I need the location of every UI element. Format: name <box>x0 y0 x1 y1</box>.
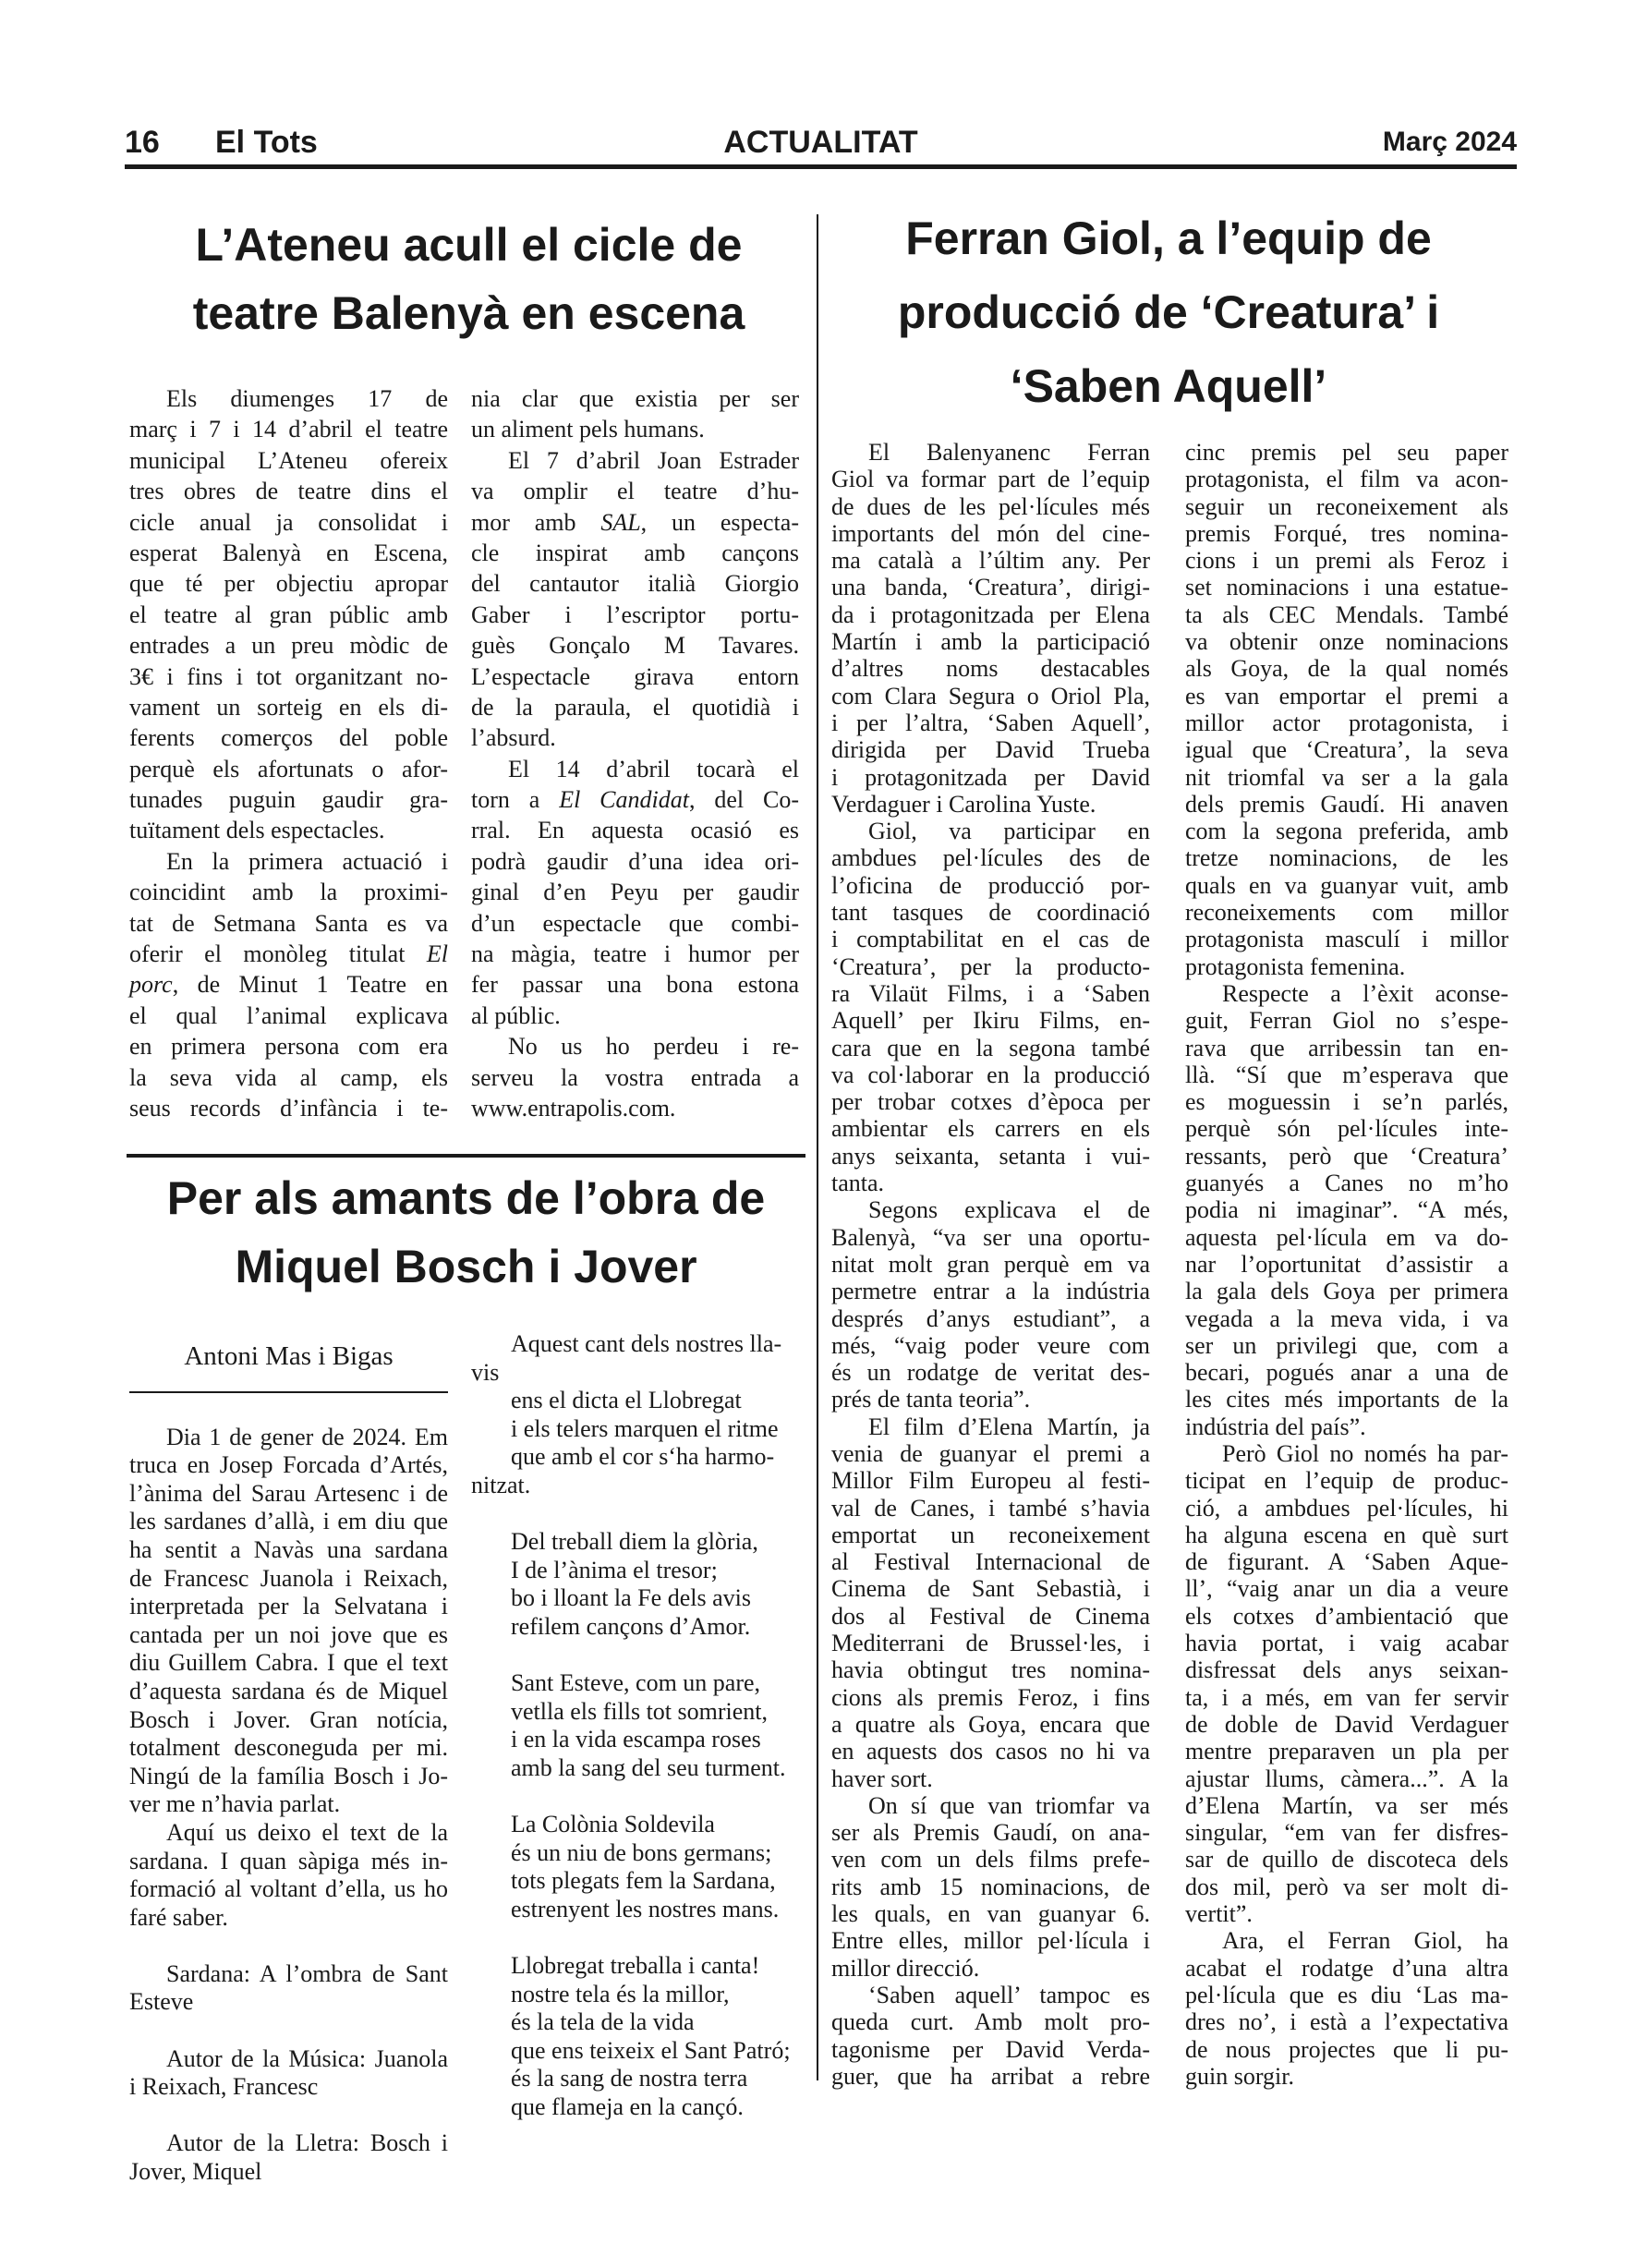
article-column: Els diumenges 17 demarç i 7 i 14 d’abril… <box>129 383 448 1123</box>
text-line: és un rodatge de veritat des- <box>831 1359 1150 1386</box>
text-line: truca en Josep Forcada d’Artés, <box>129 1451 448 1480</box>
text-line: de la paraula, el quotidià i <box>471 692 799 722</box>
text-line: pel·lícula que es diu ‘Las ma- <box>1185 1982 1508 2008</box>
text-line: cicle anual ja consolidat i <box>129 507 448 538</box>
text-line: nitzat. <box>471 1472 804 1500</box>
text-line: dels premis Gaudí. Hi anaven <box>1185 791 1508 818</box>
text-line: ‘Saben aquell’ tampoc es <box>831 1982 1150 2008</box>
text-line: i comptabilitat en el cas de <box>831 926 1150 952</box>
text-line: ferents comerços del poble <box>129 722 448 753</box>
text-line: com Clara Segura o Oriol Pla, <box>831 683 1150 710</box>
text-line: mor amb SAL, un especta- <box>471 507 799 538</box>
text-line: cions i un premi als Feroz i <box>1185 547 1508 574</box>
text-line: tres obres de teatre dins el <box>129 476 448 506</box>
blank-line <box>129 2017 448 2045</box>
text-line: ha sentit a Navàs una sardana <box>129 1536 448 1565</box>
text-line: com la segona preferida, amb <box>1185 818 1508 844</box>
text-line: dres no’, i està a l’expectativa <box>1185 2008 1508 2035</box>
text-line: acabat el rodatge d’una altra <box>1185 1955 1508 1982</box>
text-line: ajustar llums, càmera...”. A la <box>1185 1765 1508 1792</box>
text-line: diu Guillem Cabra. I que el text <box>129 1649 448 1678</box>
text-line: Sardana: A l’ombra de Sant <box>129 1960 448 1989</box>
text-line: sar de quillo de discoteca dels <box>1185 1846 1508 1873</box>
text-line: faré saber. <box>129 1904 448 1933</box>
header-rule <box>125 164 1517 169</box>
text-line: singular, “em van fer disfres- <box>1185 1819 1508 1846</box>
text-line: i protagonitzada per David <box>831 764 1150 791</box>
text-line: nostre tela és la millor, <box>471 1981 804 2009</box>
text-line: I de l’ànima el tresor; <box>471 1557 804 1585</box>
text-line: serveu la vostra entrada a <box>471 1062 799 1093</box>
text-line: tunades puguin gaudir gra- <box>129 784 448 815</box>
text-line: perquè són pel·lícules inte- <box>1185 1115 1508 1142</box>
text-line: L’espectacle girava entorn <box>471 661 799 692</box>
text-line: Giol va formar part de l’equip <box>831 466 1150 492</box>
text-line: na màgia, teatre i humor per <box>471 939 799 969</box>
text-line: Millor Film Europeu al festi- <box>831 1467 1150 1494</box>
issue-date: Març 2024 <box>1383 124 1517 161</box>
text-line: en aquests dos casos no hi va <box>831 1738 1150 1765</box>
author-byline: Antoni Mas i Bigas <box>129 1338 448 1375</box>
text-line: és la sang de nostra terra <box>471 2065 804 2093</box>
text-line: millor actor protagonista, i <box>1185 710 1508 736</box>
text-line: de nous projectes que li pu- <box>1185 2036 1508 2063</box>
text-line: protagonista femenina. <box>1185 953 1508 980</box>
text-line: març i 7 i 14 d’abril el teatre <box>129 414 448 444</box>
text-line: El film d’Elena Martín, ja <box>831 1413 1150 1440</box>
text-line: prés de tanta teoria”. <box>831 1386 1150 1413</box>
text-line: igual que ‘Creatura’, la seva <box>1185 736 1508 763</box>
text-line: Sant Esteve, com un pare, <box>471 1669 804 1698</box>
article-headline-ateneu: L’Ateneu acull el cicle de teatre Baleny… <box>129 211 808 347</box>
text-line: Del treball diem la glòria, <box>471 1528 804 1557</box>
text-line: el teatre al gran públic amb <box>129 600 448 630</box>
text-line: protagonista masculí i millor <box>1185 926 1508 952</box>
text-line: ra Vilaüt Films, i a ‘Saben <box>831 980 1150 1007</box>
text-line: disfressat dels anys seixan- <box>1185 1656 1508 1683</box>
article-column: Dia 1 de gener de 2024. Emtruca en Josep… <box>129 1395 448 2187</box>
article-column: nia clar que existia per serun aliment p… <box>471 383 799 1123</box>
text-line: rava que arribessin tan en- <box>1185 1035 1508 1061</box>
headline-line: teatre Balenyà en escena <box>129 279 808 347</box>
text-line: Jover, Miquel <box>129 2158 448 2187</box>
text-line: ambientar els carrers en els <box>831 1115 1150 1142</box>
text-line: reconeixements com millor <box>1185 899 1508 926</box>
text-line: nitat molt gran perquè em va <box>831 1251 1150 1278</box>
headline-line: Per als amants de l’obra de <box>127 1164 805 1232</box>
text-line: Verdaguer i Carolina Yuste. <box>831 791 1150 818</box>
headline-line: L’Ateneu acull el cicle de <box>129 211 808 279</box>
text-line: Els diumenges 17 de <box>129 383 448 414</box>
text-line: ven com un dels films prefe- <box>831 1846 1150 1873</box>
text-line: ticipat en l’equip de produc- <box>1185 1467 1508 1494</box>
text-line: de Francesc Juanola i Reixach, <box>129 1565 448 1594</box>
text-line: per trobar cotxes d’època per <box>831 1088 1150 1115</box>
text-line: vertit”. <box>1185 1900 1508 1927</box>
blank-line <box>471 1642 804 1670</box>
text-line: tuïtament dels espectacles. <box>129 815 448 845</box>
text-line: nar l’oportunitat d’assistir a <box>1185 1251 1508 1278</box>
text-line: rral. En aquesta ocasió es <box>471 815 799 845</box>
text-line: becari, pogués anar a una de <box>1185 1359 1508 1386</box>
text-line: mentre preparaven un pla per <box>1185 1738 1508 1765</box>
article-column: El Balenyanenc FerranGiol va formar part… <box>831 439 1150 2090</box>
text-line: torn a El Candidat, del Co- <box>471 784 799 815</box>
text-line: Mediterrani de Brussel·les, i <box>831 1630 1150 1656</box>
text-line: que ens teixeix el Sant Patró; <box>471 2037 804 2066</box>
text-line: és un niu de bons germans; <box>471 1839 804 1868</box>
text-line: els cotxes d’ambientació que <box>1185 1603 1508 1630</box>
text-line: cions als premis Feroz, i fins <box>831 1684 1150 1711</box>
headline-line: Ferran Giol, a l’equip de <box>822 201 1515 275</box>
text-line: cinc premis pel seu paper <box>1185 439 1508 466</box>
text-line: El 14 d’abril tocarà el <box>471 754 799 784</box>
text-line: d’altres noms destacables <box>831 655 1150 682</box>
text-line: Autor de la Música: Juanola <box>129 2045 448 2074</box>
blank-line <box>129 1395 448 1424</box>
text-line: dos al Festival de Cinema <box>831 1603 1150 1630</box>
text-line: set nominacions i una estatue- <box>1185 574 1508 600</box>
text-line: tanta. <box>831 1170 1150 1196</box>
article-column: cinc premis pel seu paperprotagonista, e… <box>1185 439 1508 2090</box>
text-line: coincidint amb la proximi- <box>129 877 448 907</box>
text-line: es moguessin i se’n parlés, <box>1185 1088 1508 1115</box>
text-line: oferir el monòleg titulat El <box>129 939 448 969</box>
text-line: amb la sang del seu turment. <box>471 1754 804 1783</box>
text-line: guin sorgir. <box>1185 2063 1508 2090</box>
text-line: d’aquesta sardana és de Miquel <box>129 1678 448 1706</box>
text-line: sardana. I quan sàpiga més in- <box>129 1848 448 1876</box>
text-line: tant tasques de coordinació <box>831 899 1150 926</box>
text-line: guanyés a Canes no m’ho <box>1185 1170 1508 1196</box>
text-line: millor direcció. <box>831 1955 1150 1982</box>
text-line: en primera persona com era <box>129 1031 448 1061</box>
text-line: llà. “Sí que m’esperava que <box>1185 1061 1508 1088</box>
text-line: refilem cançons d’Amor. <box>471 1613 804 1642</box>
text-line: la seva vida al camp, els <box>129 1062 448 1093</box>
text-line: ambdues pel·lícules des de <box>831 844 1150 871</box>
text-line: tat de Setmana Santa es va <box>129 908 448 939</box>
text-line: d’un espectacle que combi- <box>471 908 799 939</box>
text-line: anys seixanta, setanta i vui- <box>831 1143 1150 1170</box>
text-line: cara que en la segona també <box>831 1035 1150 1061</box>
blank-line <box>129 2102 448 2130</box>
text-line: porc, de Minut 1 Teatre en <box>129 969 448 1000</box>
text-line: podia ni imaginar”. “A més, <box>1185 1196 1508 1223</box>
text-line: aquesta pel·lícula em va do- <box>1185 1224 1508 1251</box>
text-line: La Colònia Soldevila <box>471 1811 804 1839</box>
text-line: una banda, ‘Creatura’, dirigi- <box>831 574 1150 600</box>
text-line: www.entrapolis.com. <box>471 1093 799 1123</box>
text-line: El 7 d’abril Joan Estrader <box>471 445 799 476</box>
text-line: d’Elena Martín, va ser més <box>1185 1792 1508 1819</box>
text-line: Aquest cant dels nostres lla- <box>471 1330 804 1359</box>
text-line: i Reixach, Francesc <box>129 2073 448 2102</box>
text-line: permetre entrar a la indústria <box>831 1278 1150 1304</box>
article-divider <box>127 1154 805 1158</box>
text-line: es van emportar el premi a <box>1185 683 1508 710</box>
blank-line <box>471 1500 804 1529</box>
blank-line <box>129 1932 448 1960</box>
text-line: és la tela de la vida <box>471 2008 804 2037</box>
text-line: vis <box>471 1359 804 1388</box>
text-line: un aliment pels humans. <box>471 414 799 444</box>
text-line: i els telers marquen el ritme <box>471 1415 804 1444</box>
text-line: ma català a l’últim any. Per <box>831 547 1150 574</box>
text-line: de doble de David Verdaguer <box>1185 1711 1508 1738</box>
text-line: En la primera actuació i <box>129 846 448 877</box>
text-line: municipal L’Ateneu ofereix <box>129 445 448 476</box>
page-header: 16 El Tots ACTUALITAT Març 2024 <box>125 124 1517 161</box>
text-line: seguir un reconeixement als <box>1185 493 1508 520</box>
text-line: als Goya, de la qual només <box>1185 655 1508 682</box>
text-line: importants del món del cine- <box>831 520 1150 547</box>
text-line: indústria del país”. <box>1185 1413 1508 1440</box>
text-line: al Festival Internacional de <box>831 1548 1150 1575</box>
text-line: El Balenyanenc Ferran <box>831 439 1150 466</box>
headline-line: Miquel Bosch i Jover <box>127 1232 805 1301</box>
blank-line <box>471 1783 804 1812</box>
text-line: ginal d’en Peyu per gaudir <box>471 877 799 907</box>
text-line: queda curt. Amb molt pro- <box>831 2008 1150 2035</box>
text-line: ha alguna escena en què surt <box>1185 1522 1508 1548</box>
text-line: val de Canes, i també s’havia <box>831 1495 1150 1522</box>
text-line: va omplir el teatre d’hu- <box>471 476 799 506</box>
text-line: de dues de les pel·lícules més <box>831 493 1150 520</box>
text-line: de figurant. A ‘Saben Aque- <box>1185 1548 1508 1575</box>
text-line: Llobregat treballa i canta! <box>471 1952 804 1981</box>
text-line: Balenyà, “va ser una oportu- <box>831 1224 1150 1251</box>
text-line: Però Giol no només ha par- <box>1185 1440 1508 1467</box>
text-line: més, “vaig poder veure com <box>831 1332 1150 1359</box>
text-line: del cantautor italià Giorgio <box>471 568 799 599</box>
text-line: ta als CEC Mendals. També <box>1185 601 1508 628</box>
text-line: Autor de la Lletra: Bosch i <box>129 2129 448 2158</box>
text-line: tretze nominacions, de les <box>1185 844 1508 871</box>
headline-line: producció de ‘Creatura’ i <box>822 275 1515 349</box>
text-line: 3€ i fins i tot organitzant no- <box>129 661 448 692</box>
text-line: ressants, però que ‘Creatura’ <box>1185 1143 1508 1170</box>
text-line: totalment desconeguda per mi. <box>129 1734 448 1763</box>
text-line: da i protagonitzada per Elena <box>831 601 1150 628</box>
text-line: tagonisme per David Verda- <box>831 2036 1150 2063</box>
text-line: va col·laborar en la producció <box>831 1061 1150 1088</box>
blank-line <box>471 1923 804 1952</box>
text-line: premis Forqué, tres nomina- <box>1185 520 1508 547</box>
text-line: esperat Balenyà en Escena, <box>129 538 448 568</box>
text-line: Martín i amb la participació <box>831 628 1150 655</box>
text-line: Ara, el Ferran Giol, ha <box>1185 1927 1508 1954</box>
text-line: ser als Premis Gaudí, on ana- <box>831 1819 1150 1846</box>
text-line: ser un privilegi que, com a <box>1185 1332 1508 1359</box>
section-title: ACTUALITAT <box>125 124 1517 161</box>
text-line: podrà gaudir d’una idea ori- <box>471 846 799 877</box>
text-line: Cinema de Sant Sebastià, i <box>831 1575 1150 1602</box>
text-line: ció, a ambdues pel·lícules, hi <box>1185 1495 1508 1522</box>
text-line: estrenyent les nostres mans. <box>471 1896 804 1924</box>
text-line: cle inspirat amb cançons <box>471 538 799 568</box>
text-line: les cites més importants de la <box>1185 1386 1508 1413</box>
text-line: ll’, “vaig anar un dia a veure <box>1185 1575 1508 1602</box>
text-line: bo i lloant la Fe dels avis <box>471 1584 804 1613</box>
text-line: que amb el cor s‘ha harmo- <box>471 1443 804 1472</box>
text-line: tots plegats fem la Sardana, <box>471 1867 804 1896</box>
text-line: al públic. <box>471 1001 799 1031</box>
text-line: vament un sorteig en els di- <box>129 692 448 722</box>
text-line: emportat un reconeixement <box>831 1522 1150 1548</box>
text-line: cantada per un noi jove que es <box>129 1621 448 1650</box>
text-line: a quatre als Goya, encara que <box>831 1711 1150 1738</box>
text-line: ta, i a més, em van fer servir <box>1185 1684 1508 1711</box>
column-divider <box>817 214 818 2080</box>
text-line: Giol, va participar en <box>831 818 1150 844</box>
text-line: No us ho perdeu i re- <box>471 1031 799 1061</box>
text-line: l’absurd. <box>471 722 799 753</box>
text-line: protagonista, el film va acon- <box>1185 466 1508 492</box>
text-line: Dia 1 de gener de 2024. Em <box>129 1424 448 1452</box>
text-line: i per l’altra, ‘Saben Aquell’, <box>831 710 1150 736</box>
text-line: ver me n’havia parlat. <box>129 1790 448 1819</box>
text-line: Entre elles, millor pel·lícula i <box>831 1927 1150 1954</box>
text-line: Respecte a l’èxit aconse- <box>1185 980 1508 1007</box>
text-line: Esteve <box>129 1988 448 2017</box>
text-line: les quals, en van guanyar 6. <box>831 1900 1150 1927</box>
text-line: havia portat, i vaig acabar <box>1185 1630 1508 1656</box>
text-line: vegada a la meva vida, i va <box>1185 1305 1508 1332</box>
text-line: Gaber i l’escriptor portu- <box>471 600 799 630</box>
text-line: i en la vida escampa roses <box>471 1726 804 1754</box>
text-line: guès Gonçalo M Tavares. <box>471 630 799 661</box>
text-line: venia de guanyar el premi a <box>831 1440 1150 1467</box>
text-line: nia clar que existia per ser <box>471 383 799 414</box>
text-line: ens el dicta el Llobregat <box>471 1387 804 1415</box>
text-line: l’oficina de producció por- <box>831 872 1150 899</box>
text-line: entrades a un preu mòdic de <box>129 630 448 661</box>
article-headline-bosch: Per als amants de l’obra de Miquel Bosch… <box>127 1164 805 1301</box>
text-line: haver sort. <box>831 1765 1150 1792</box>
text-line: Aquell’ per Ikiru Films, en- <box>831 1007 1150 1034</box>
text-line: dos mil, però va ser molt di- <box>1185 1874 1508 1900</box>
text-line: rits amb 15 nominacions, de <box>831 1874 1150 1900</box>
text-line: havia obtingut tres nomina- <box>831 1656 1150 1683</box>
text-line: després d’anys estudiant”, a <box>831 1305 1150 1332</box>
text-line: quals en va guanyar vuit, amb <box>1185 872 1508 899</box>
text-line: Bosch i Jover. Gran notícia, <box>129 1706 448 1735</box>
poem-column: Aquest cant dels nostres lla-visens el d… <box>471 1330 804 2122</box>
headline-line: ‘Saben Aquell’ <box>822 349 1515 423</box>
text-line: que flameja en la cançó. <box>471 2093 804 2122</box>
text-line: guit, Ferran Giol no s’espe- <box>1185 1007 1508 1034</box>
text-line: formació al voltant d’ella, us ho <box>129 1875 448 1904</box>
text-line: que té per objectiu apropar <box>129 568 448 599</box>
text-line: dirigida per David Trueba <box>831 736 1150 763</box>
byline-rule <box>129 1391 448 1393</box>
text-line: el qual l’animal explicava <box>129 1001 448 1031</box>
text-line: Ningú de la família Bosch i Jo- <box>129 1763 448 1791</box>
text-line: guer, que ha arribat a rebre <box>831 2063 1150 2090</box>
text-line: fer passar una bona estona <box>471 969 799 1000</box>
article-headline-giol: Ferran Giol, a l’equip de producció de ‘… <box>822 201 1515 423</box>
text-line: la gala dels Goya per primera <box>1185 1278 1508 1304</box>
text-line: perquè els afortunats o afor- <box>129 754 448 784</box>
text-line: seus records d’infància i te- <box>129 1093 448 1123</box>
text-line: Aquí us deixo el text de la <box>129 1819 448 1848</box>
text-line: ‘Creatura’, per la producto- <box>831 953 1150 980</box>
text-line: vetlla els fills tot somrient, <box>471 1698 804 1727</box>
text-line: nit triomfal va ser a la gala <box>1185 764 1508 791</box>
text-line: l’ànima del Sarau Artesenc i de <box>129 1480 448 1509</box>
text-line: va obtenir onze nominacions <box>1185 628 1508 655</box>
text-line: interpretada per la Selvatana i <box>129 1593 448 1621</box>
text-line: On sí que van triomfar va <box>831 1792 1150 1819</box>
text-line: les sardanes d’allà, i em diu que <box>129 1508 448 1536</box>
text-line: Segons explicava el de <box>831 1196 1150 1223</box>
